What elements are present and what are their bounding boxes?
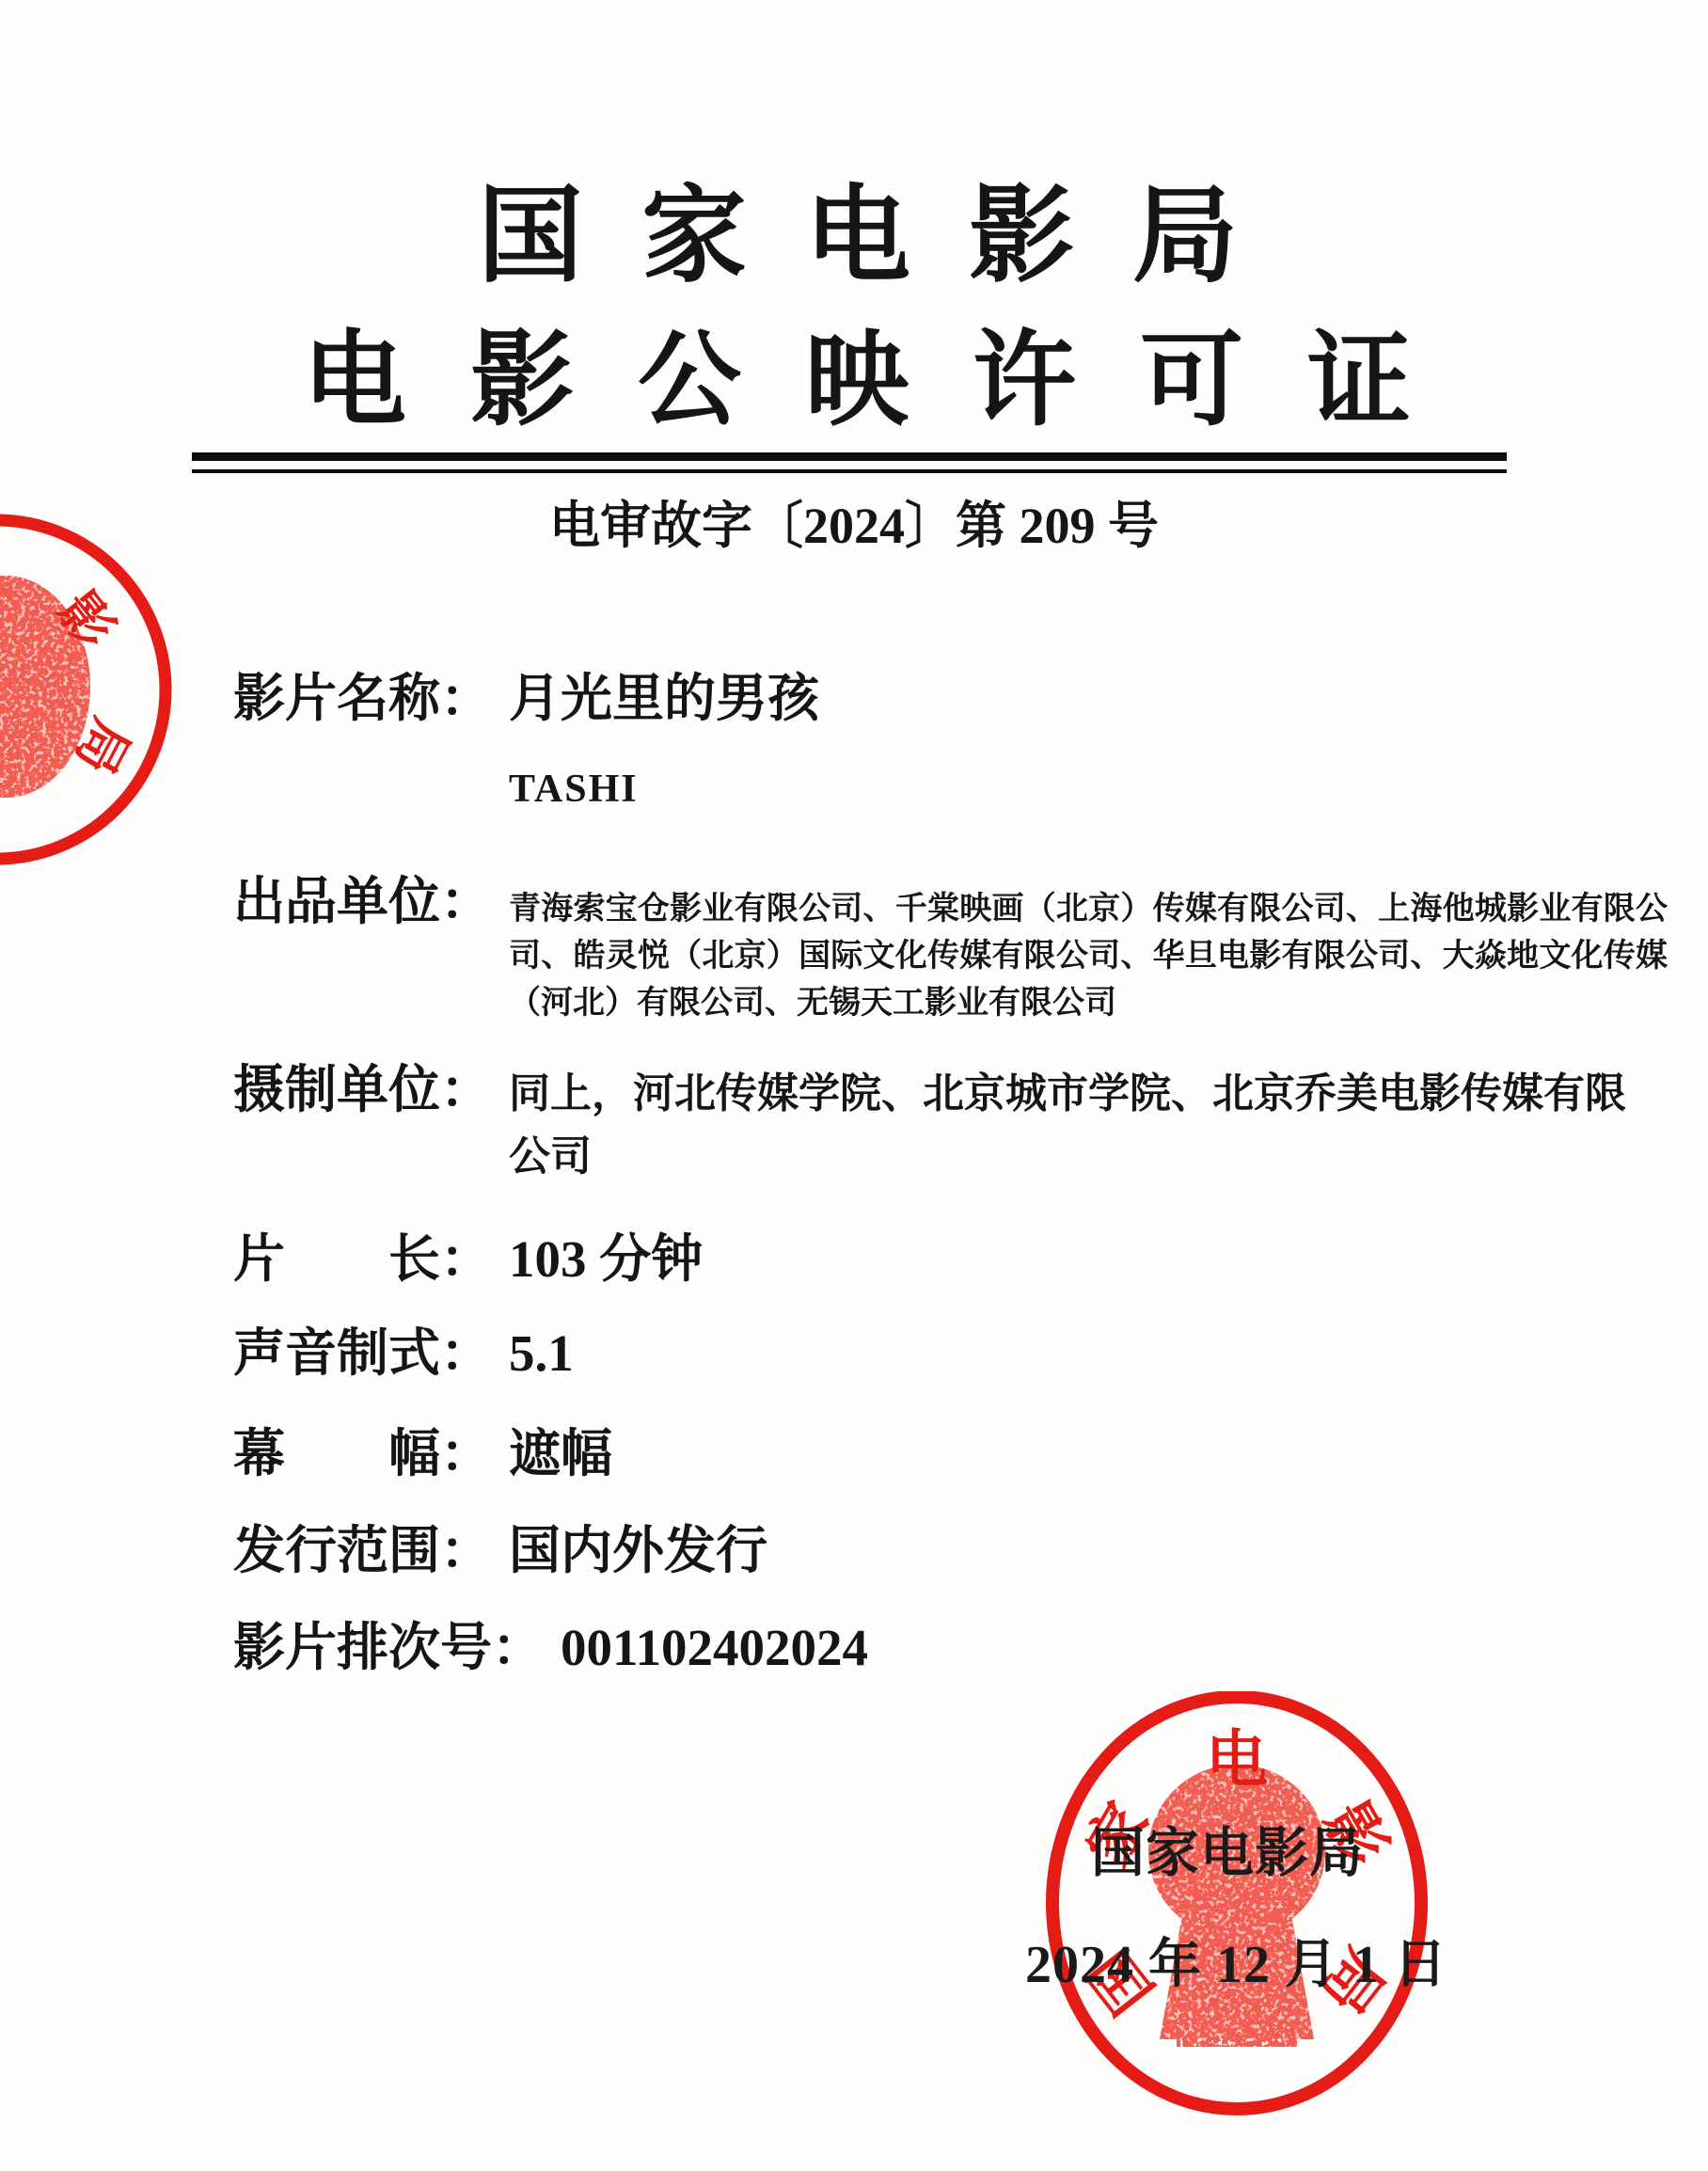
film-permit-document: 国家电影局 电影公映许可证 电审故字〔2024〕第 209 号 影片名称： 月光… bbox=[0, 0, 1708, 2171]
field-screen-format: 幕 幅： 遮幅 bbox=[233, 1423, 612, 1485]
field-sound-format: 声音制式： 5.1 bbox=[233, 1323, 574, 1385]
field-length: 片 长： 103 分钟 bbox=[233, 1228, 703, 1291]
divider-thick bbox=[192, 452, 1507, 461]
screen-format-label: 幕 幅： bbox=[233, 1423, 492, 1485]
seal-ring-char: 电 bbox=[1206, 1726, 1268, 1795]
sound-format-label: 声音制式： bbox=[233, 1323, 492, 1385]
producer-value: 青海索宝仓影业有限公司、千棠映画（北京）传媒有限公司、上海他城影业有限公司、皓灵… bbox=[509, 885, 1668, 1026]
film-name-value: 月光里的男孩 bbox=[509, 668, 819, 730]
length-label: 片 长： bbox=[233, 1228, 492, 1291]
issuing-agency-name: 国家电影局 bbox=[1091, 1825, 1364, 1884]
filming-unit-label: 摄制单位： bbox=[233, 1059, 492, 1121]
permit-title: 电影公映许可证 bbox=[0, 329, 1708, 433]
distribution-value: 国内外发行 bbox=[509, 1520, 767, 1582]
serial-number-label: 影片排次号： bbox=[233, 1617, 544, 1679]
filming-unit-value: 同上，河北传媒学院、北京城市学院、北京乔美电影传媒有限公司 bbox=[509, 1062, 1637, 1188]
sound-format-value: 5.1 bbox=[509, 1323, 574, 1385]
divider-thin bbox=[192, 469, 1507, 473]
length-value: 103 分钟 bbox=[509, 1228, 703, 1291]
film-name-label: 影片名称： bbox=[233, 668, 492, 730]
serial-number-value: 001102402024 bbox=[561, 1617, 868, 1679]
producer-label: 出品单位： bbox=[233, 871, 492, 933]
page-title: 国家电影局 bbox=[0, 184, 1708, 290]
film-name-english: TASHI bbox=[509, 768, 639, 811]
field-producer: 出品单位： 青海索宝仓影业有限公司、千棠映画（北京）传媒有限公司、上海他城影业有… bbox=[233, 871, 1668, 1026]
official-seal-stamp: 电 家 影 国 局 bbox=[1039, 1691, 1434, 2116]
field-filming-unit: 摄制单位： 同上，河北传媒学院、北京城市学院、北京乔美电影传媒有限公司 bbox=[233, 1059, 1637, 1188]
distribution-label: 发行范围： bbox=[233, 1520, 492, 1582]
screen-format-value: 遮幅 bbox=[509, 1423, 612, 1485]
seal-emblem-speckle bbox=[1148, 1765, 1325, 2047]
field-film-name: 影片名称： 月光里的男孩 bbox=[233, 668, 819, 730]
left-partial-seal-stamp: 影 局 bbox=[0, 503, 188, 879]
document-number: 电审故字〔2024〕第 209 号 bbox=[0, 497, 1708, 555]
issue-date: 2024 年 12 月 1 日 bbox=[1025, 1934, 1447, 1997]
field-distribution: 发行范围： 国内外发行 bbox=[233, 1520, 767, 1582]
field-serial-number: 影片排次号： 001102402024 bbox=[233, 1617, 868, 1679]
